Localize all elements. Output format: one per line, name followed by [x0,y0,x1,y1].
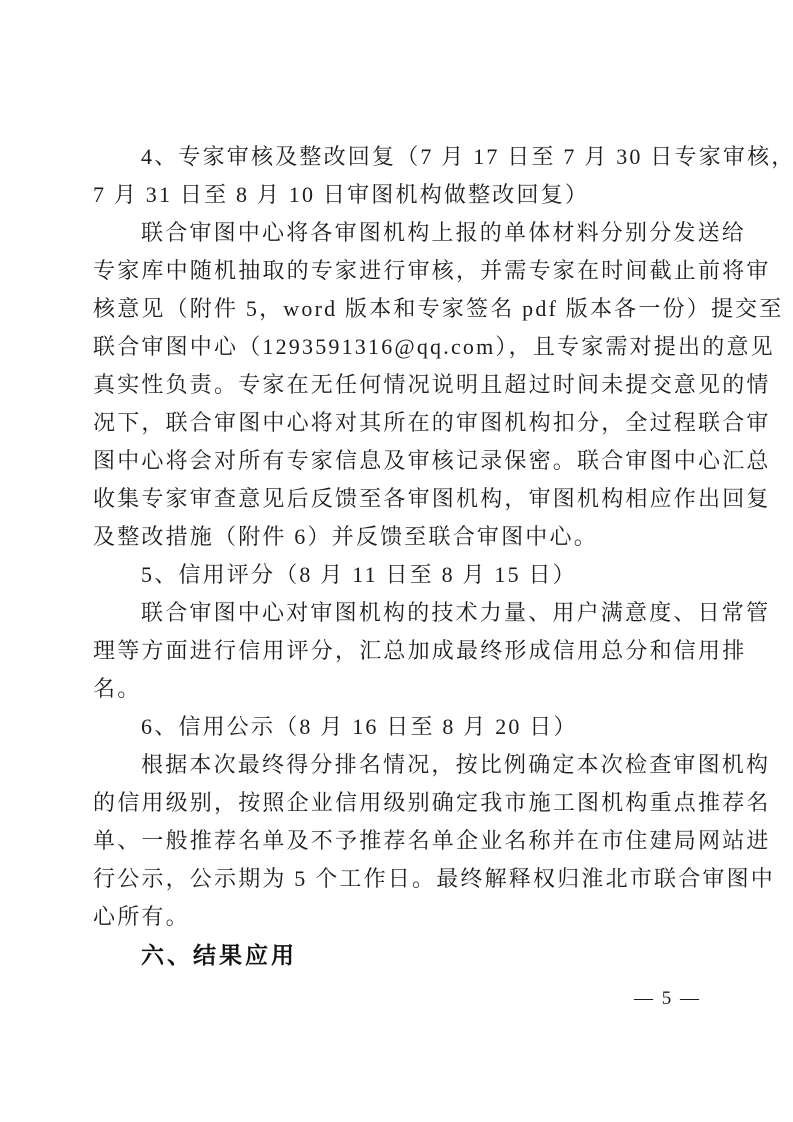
text-line: 图中心将会对所有专家信息及审核记录保密。联合审图中心汇总 [93,442,775,480]
document-page: 4、专家审核及整改回复（7 月 17 日至 7 月 30 日专家审核， 7 月 … [0,0,793,1122]
text-line: 的信用级别，按照企业信用级别确定我市施工图机构重点推荐名 [93,784,775,822]
text-line: 心所有。 [93,898,775,936]
text-line: 5、信用评分（8 月 11 日至 8 月 15 日） [93,556,775,594]
text-line: 专家库中随机抽取的专家进行审核，并需专家在时间截止前将审 [93,252,775,290]
text-line: 名。 [93,670,775,708]
page-number: — 5 — [634,988,701,1010]
text-line: 联合审图中心对审图机构的技术力量、用户满意度、日常管 [93,594,775,632]
text-line: 行公示，公示期为 5 个工作日。最终解释权归淮北市联合审图中 [93,860,775,898]
text-line: 况下，联合审图中心将对其所在的审图机构扣分，全过程联合审 [93,404,775,442]
text-line: 7 月 31 日至 8 月 10 日审图机构做整改回复） [93,176,775,214]
document-body: 4、专家审核及整改回复（7 月 17 日至 7 月 30 日专家审核， 7 月 … [93,138,775,974]
text-line: 联合审图中心将各审图机构上报的单体材料分别分发送给 [93,214,775,252]
text-line: 核意见（附件 5，word 版本和专家签名 pdf 版本各一份）提交至 [93,290,775,328]
text-line: 4、专家审核及整改回复（7 月 17 日至 7 月 30 日专家审核， [93,138,775,176]
text-line: 单、一般推荐名单及不予推荐名单企业名称并在市住建局网站进 [93,822,775,860]
text-line: 根据本次最终得分排名情况，按比例确定本次检查审图机构 [93,746,775,784]
text-line: 收集专家审查意见后反馈至各审图机构，审图机构相应作出回复 [93,480,775,518]
text-line: 真实性负责。专家在无任何情况说明且超过时间未提交意见的情 [93,366,775,404]
text-line: 6、信用公示（8 月 16 日至 8 月 20 日） [93,708,775,746]
text-line: 及整改措施（附件 6）并反馈至联合审图中心。 [93,518,775,556]
text-line: 理等方面进行信用评分，汇总加成最终形成信用总分和信用排 [93,632,775,670]
section-heading: 六、结果应用 [93,936,775,974]
text-line: 联合审图中心（1293591316@qq.com），且专家需对提出的意见 [93,328,775,366]
